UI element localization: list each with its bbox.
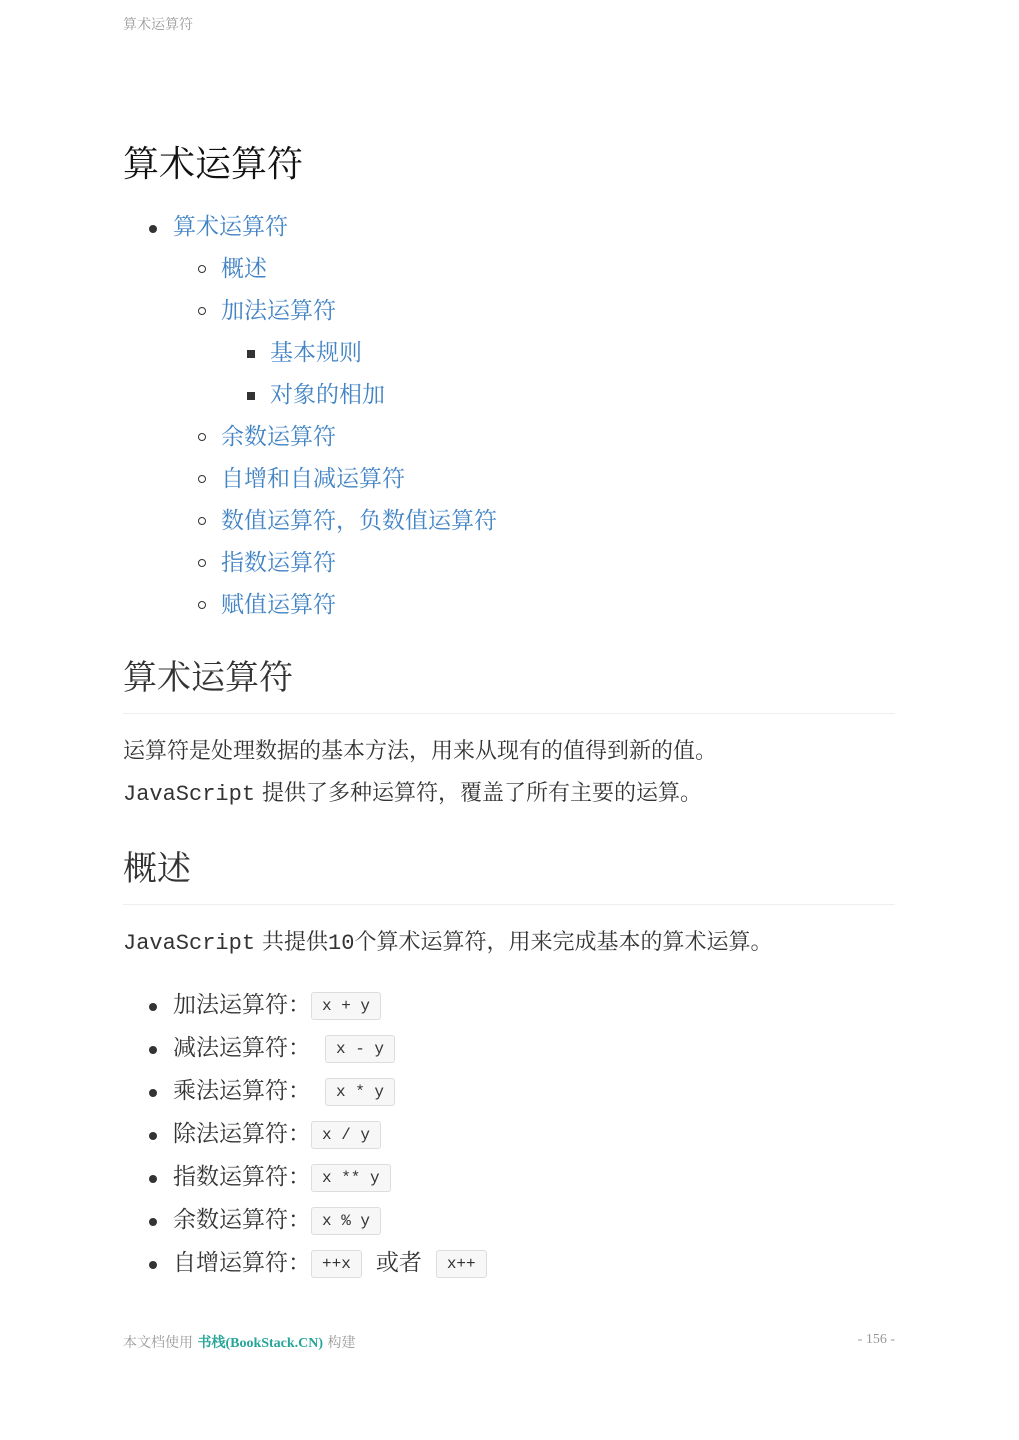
javascript-term: JavaScript [123, 931, 255, 956]
toc-item[interactable]: 加法运算符 [123, 290, 497, 332]
disc-bullet-icon [149, 1046, 157, 1054]
footer-prefix: 本文档使用 [123, 1335, 197, 1351]
operator-code: ++x [311, 1250, 362, 1278]
overview-text-a: 共提供 [255, 930, 328, 955]
operator-code-alt: x++ [436, 1250, 487, 1278]
page-title: 算术运算符 [123, 140, 303, 190]
footer-brand-link[interactable]: 书栈(BookStack.CN) [197, 1336, 323, 1351]
toc-link[interactable]: 加法运算符 [221, 298, 336, 324]
toc-item[interactable]: 余数运算符 [123, 416, 497, 458]
page-number: - 156 - [858, 1332, 895, 1348]
operator-code: x % y [311, 1207, 381, 1235]
toc-link[interactable]: 赋值运算符 [221, 592, 336, 618]
operator-label: 指数运算符： [173, 1164, 311, 1190]
disc-bullet-icon [149, 1175, 157, 1183]
intro-paragraph-line1: 运算符是处理数据的基本方法，用来从现有的值得到新的值。 [123, 731, 717, 773]
circle-bullet-icon [198, 559, 206, 567]
list-item: 自增运算符：++x或者x++ [123, 1242, 487, 1285]
toc-item[interactable]: 指数运算符 [123, 542, 497, 584]
list-item: 除法运算符：x / y [123, 1113, 487, 1156]
square-bullet-icon [247, 392, 255, 400]
footer-credit: 本文档使用 书栈(BookStack.CN) 构建 [123, 1332, 356, 1352]
section-heading-arithmetic: 算术运算符 [123, 655, 895, 714]
section-heading-overview: 概述 [123, 846, 895, 905]
circle-bullet-icon [198, 265, 206, 273]
toc-item[interactable]: 对象的相加 [123, 374, 497, 416]
running-header: 算术运算符 [123, 14, 193, 34]
operator-code: x * y [325, 1078, 395, 1106]
disc-bullet-icon [149, 1132, 157, 1140]
circle-bullet-icon [198, 601, 206, 609]
overview-text-b: 个算术运算符，用来完成基本的算术运算。 [354, 930, 772, 955]
circle-bullet-icon [198, 517, 206, 525]
toc-item[interactable]: 数值运算符，负数值运算符 [123, 500, 497, 542]
operator-label: 减法运算符： [173, 1035, 311, 1061]
operator-code: x / y [311, 1121, 381, 1149]
intro-paragraph-line2: JavaScript 提供了多种运算符，覆盖了所有主要的运算。 [123, 773, 702, 816]
disc-bullet-icon [149, 1218, 157, 1226]
operator-list: 加法运算符：x + y 减法运算符：x - y 乘法运算符：x * y 除法运算… [123, 984, 487, 1285]
or-text: 或者 [376, 1250, 422, 1276]
toc-link[interactable]: 自增和自减运算符 [221, 466, 405, 492]
toc-link[interactable]: 概述 [221, 256, 267, 282]
toc-link[interactable]: 数值运算符，负数值运算符 [221, 508, 497, 534]
list-item: 余数运算符：x % y [123, 1199, 487, 1242]
circle-bullet-icon [198, 475, 206, 483]
operator-code: x + y [311, 992, 381, 1020]
overview-paragraph: JavaScript 共提供10个算术运算符，用来完成基本的算术运算。 [123, 922, 772, 965]
list-item: 指数运算符：x ** y [123, 1156, 487, 1199]
operator-label: 乘法运算符： [173, 1078, 311, 1104]
toc-item[interactable]: 赋值运算符 [123, 584, 497, 626]
disc-bullet-icon [149, 1089, 157, 1097]
operator-count: 10 [328, 931, 354, 956]
table-of-contents: 算术运算符 概述 加法运算符 基本规则 对象的相加 余数运算符 自增和自减运算符… [123, 206, 497, 626]
circle-bullet-icon [198, 433, 206, 441]
operator-label: 余数运算符： [173, 1207, 311, 1233]
disc-bullet-icon [149, 1003, 157, 1011]
intro-text: 提供了多种运算符，覆盖了所有主要的运算。 [255, 781, 702, 806]
toc-link[interactable]: 指数运算符 [221, 550, 336, 576]
list-item: 加法运算符：x + y [123, 984, 487, 1027]
operator-code: x ** y [311, 1164, 391, 1192]
javascript-term: JavaScript [123, 782, 255, 807]
toc-item[interactable]: 自增和自减运算符 [123, 458, 497, 500]
toc-link[interactable]: 基本规则 [270, 340, 362, 366]
toc-link[interactable]: 对象的相加 [270, 382, 385, 408]
operator-label: 除法运算符： [173, 1121, 311, 1147]
square-bullet-icon [247, 350, 255, 358]
toc-item[interactable]: 概述 [123, 248, 497, 290]
toc-link[interactable]: 余数运算符 [221, 424, 336, 450]
disc-bullet-icon [149, 225, 157, 233]
toc-item[interactable]: 算术运算符 [123, 206, 497, 248]
circle-bullet-icon [198, 307, 206, 315]
toc-item[interactable]: 基本规则 [123, 332, 497, 374]
footer-suffix: 构建 [323, 1335, 355, 1351]
operator-label: 自增运算符： [173, 1250, 311, 1276]
operator-code: x - y [325, 1035, 395, 1063]
operator-label: 加法运算符： [173, 992, 311, 1018]
disc-bullet-icon [149, 1261, 157, 1269]
list-item: 乘法运算符：x * y [123, 1070, 487, 1113]
list-item: 减法运算符：x - y [123, 1027, 487, 1070]
toc-link[interactable]: 算术运算符 [173, 214, 288, 240]
